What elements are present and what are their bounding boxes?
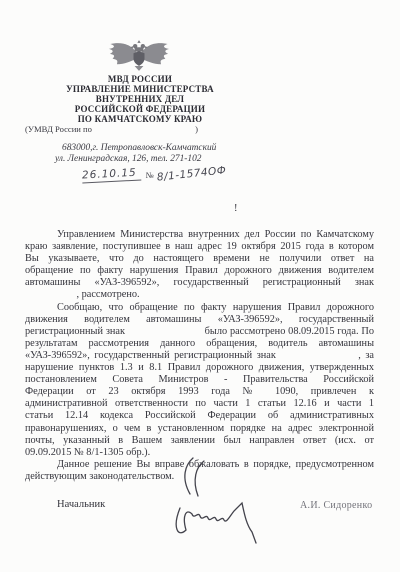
body-line: постановлением Совета Министров - Правит… xyxy=(25,374,374,386)
registration-line: 26.10.15 № 8/1-1574ОФ xyxy=(82,168,227,182)
body-line: краю заявление, поступившее в наш адрес … xyxy=(25,241,374,253)
address-line-1: 683000,г. Петропавловск-Камчатский xyxy=(55,143,216,154)
handwritten-date: 26.10.15 xyxy=(82,166,141,183)
mvd-double-headed-eagle-icon xyxy=(106,37,172,74)
body-line: Управлением Министерства внутренних дел … xyxy=(25,229,374,241)
body-paragraphs: Управлением Министерства внутренних дел … xyxy=(25,229,374,483)
body-line: Вы указываете, что до настоящего времени… xyxy=(25,253,374,265)
scanned-letter-page: МВД РОССИИУПРАВЛЕНИЕ МИНИСТЕРСТВАВНУТРЕН… xyxy=(0,0,400,572)
letterhead-org-line: ВНУТРЕННИХ ДЕЛ xyxy=(40,94,240,104)
body-line: регистрационный знак было рассмотрено 08… xyxy=(25,326,374,338)
number-sign-label: № xyxy=(141,170,157,182)
body-line: обращение по факту нарушения Правил доро… xyxy=(25,265,374,277)
body-line: нарушение пунктов 1.3 и 8.1 Правил дорож… xyxy=(25,362,374,374)
body-line: Федерации от 23 октября 1993 года № 1090… xyxy=(25,386,374,398)
body-line: административной ответственности по част… xyxy=(25,398,374,410)
body-line: почты, указанный в Вашем заявлении был н… xyxy=(25,435,374,447)
body-line: «УАЗ-396592», государственный регистраци… xyxy=(25,350,374,362)
org-subline-open: (УМВД России по xyxy=(25,124,92,134)
handwritten-signature-icon xyxy=(166,452,284,547)
signer-name: А.И. Сидоренко xyxy=(300,500,372,511)
address-line-2: ул. Ленинградская, 126, тел. 271-102 xyxy=(55,154,216,165)
org-subline-close: ) xyxy=(195,124,198,134)
letterhead-org-line: ПО КАМЧАТСКОМУ КРАЮ xyxy=(40,114,240,124)
letterhead-org-lines: МВД РОССИИУПРАВЛЕНИЕ МИНИСТЕРСТВАВНУТРЕН… xyxy=(40,74,240,124)
body-line: , рассмотрено. xyxy=(25,289,374,301)
letterhead-org-line: МВД РОССИИ xyxy=(40,74,240,84)
salutation-mark: ! xyxy=(234,203,238,214)
body-line: результатам рассмотрения данного обращен… xyxy=(25,338,374,350)
body-line: правонарушениях, о чем в установленном п… xyxy=(25,423,374,435)
letterhead-org-line: УПРАВЛЕНИЕ МИНИСТЕРСТВА xyxy=(40,84,240,94)
body-line: движения водителем автомашины «УАЗ-39659… xyxy=(25,314,374,326)
signer-position-title: Начальник xyxy=(57,499,105,510)
letterhead-address: 683000,г. Петропавловск-Камчатский ул. Л… xyxy=(55,143,216,165)
letterhead-org-line: РОССИЙСКОЙ ФЕДЕРАЦИИ xyxy=(40,104,240,114)
body-line: статьи 12.14 кодекса Российской Федераци… xyxy=(25,410,374,422)
handwritten-number: 8/1-1574ОФ xyxy=(156,164,227,183)
body-line: автомашины «УАЗ-396592», государственный… xyxy=(25,277,374,289)
letterhead-org-subline: (УМВД России по ) xyxy=(25,124,198,134)
body-line: Сообщаю, что обращение по факту нарушени… xyxy=(25,302,374,314)
